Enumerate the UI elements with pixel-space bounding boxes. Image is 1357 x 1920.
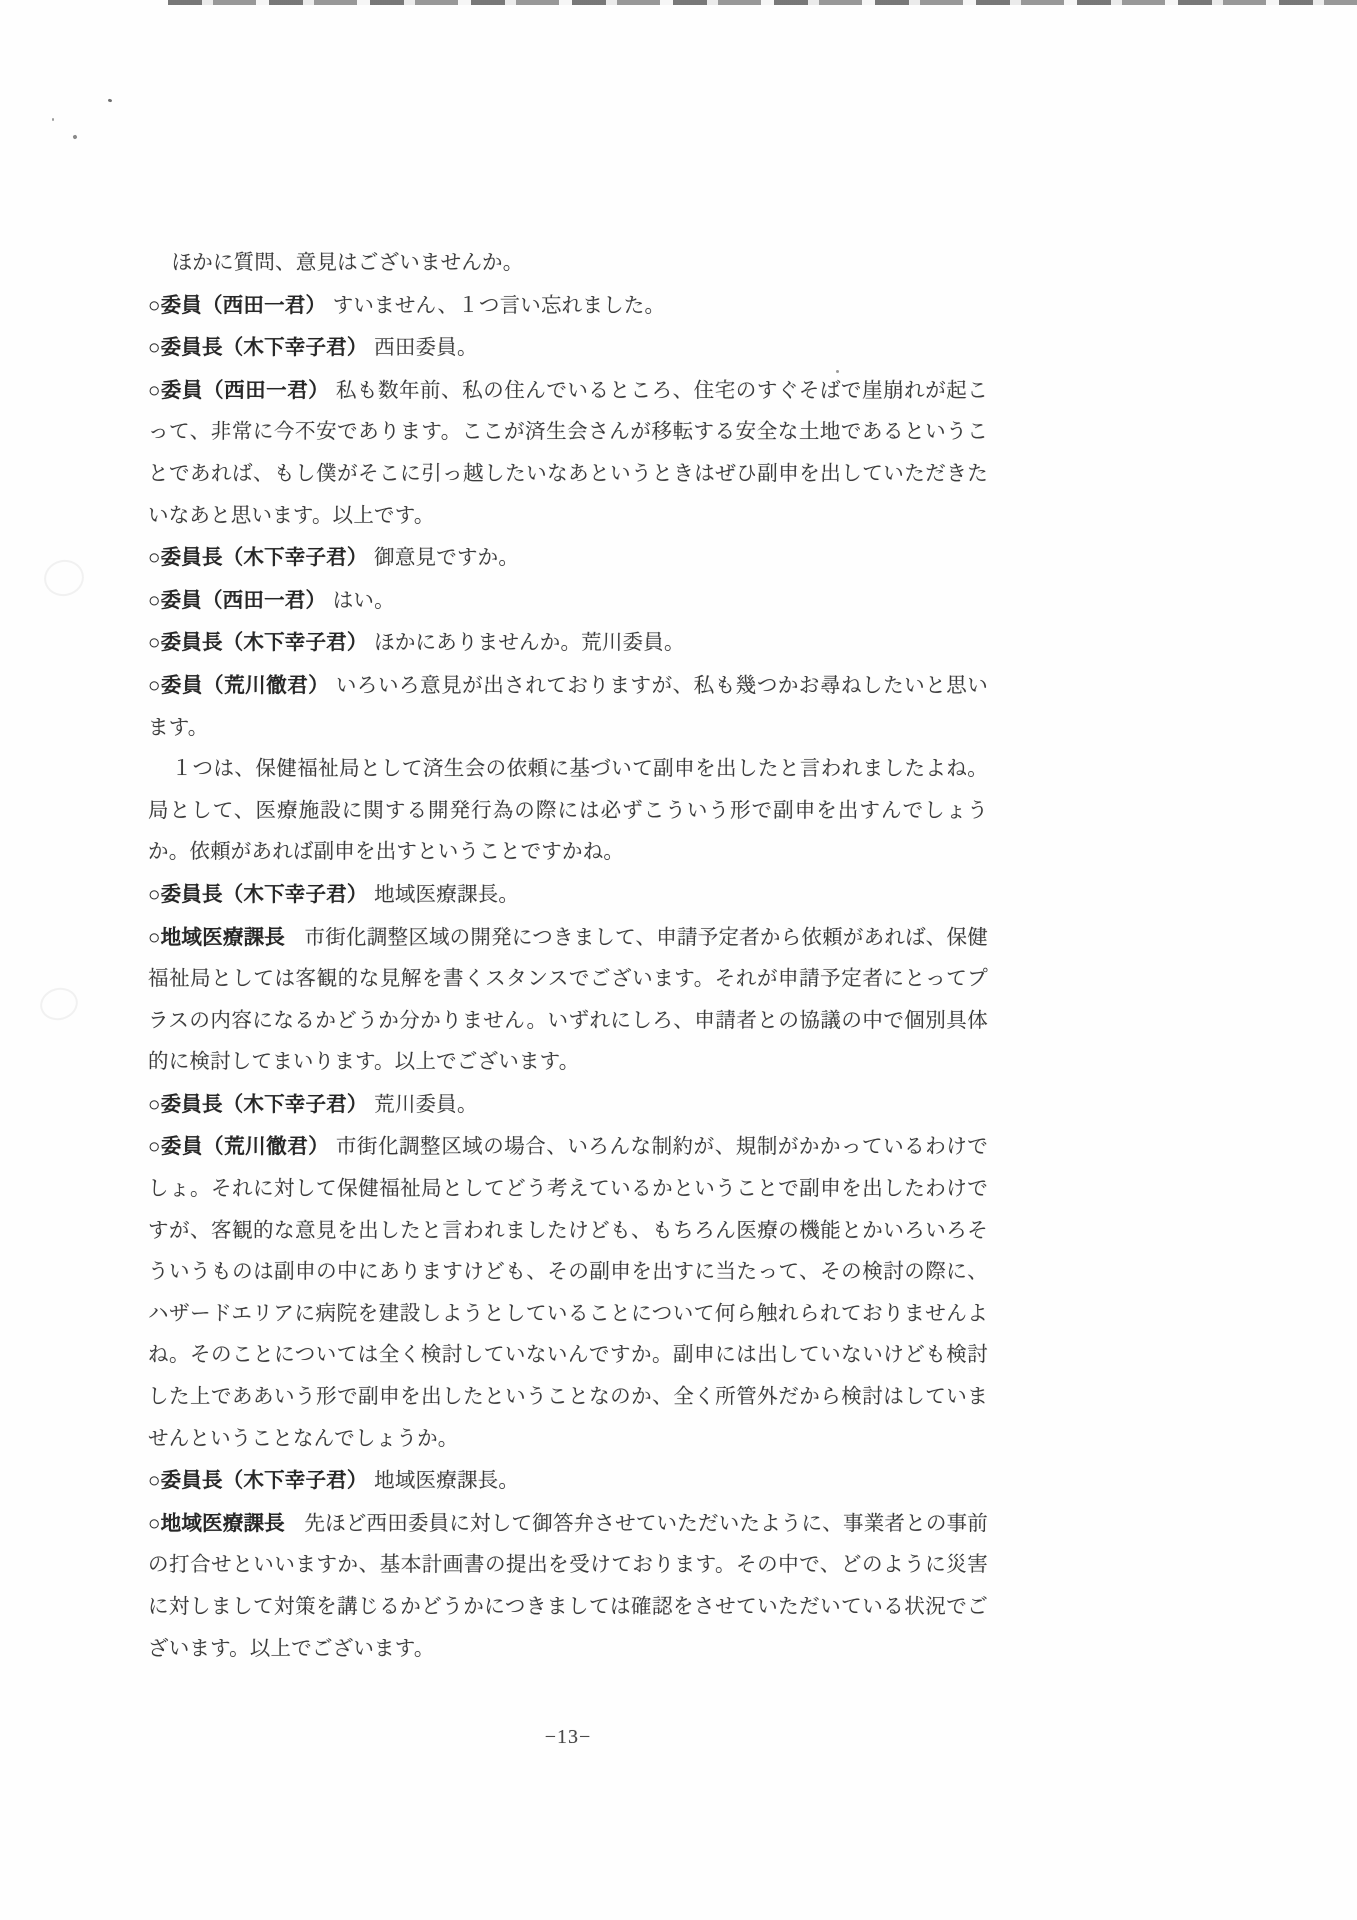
transcript-paragraph: ○委員（荒川徹君）いろいろ意見が出されておりますが、私も幾つかお尋ねしたいと思い… [148, 665, 988, 749]
transcript-paragraph: ○委員長（木下幸子君）地域医療課長。 [148, 874, 988, 917]
transcript-paragraph: ○委員長（木下幸子君）荒川委員。 [148, 1084, 988, 1127]
speaker-label: ○委員（西田一君） [148, 379, 329, 402]
speaker-label: ○地域医療課長 [148, 1512, 285, 1535]
speech-text: すいません、１つ言い忘れました。 [333, 295, 665, 317]
speaker-label: ○地域医療課長 [148, 926, 285, 949]
scan-speck [108, 98, 113, 102]
speaker-label: ○委員長（木下幸子君） [148, 631, 368, 654]
speaker-label: ○委員（西田一君） [148, 294, 326, 317]
speech-text: ほかにありませんか。荒川委員。 [374, 632, 685, 654]
transcript-paragraph: １つは、保健福祉局として済生会の依頼に基づいて副申を出したと言われましたよね。局… [148, 749, 988, 874]
scan-speck [72, 134, 77, 139]
transcript-body: ほかに質問、意見はございませんか。○委員（西田一君）すいません、１つ言い忘れまし… [148, 243, 988, 1670]
scanned-minutes-page: { "document": { "kind": "committee-minut… [0, 0, 1357, 1920]
speech-text: 荒川委員。 [374, 1094, 478, 1116]
paper-sheet: ほかに質問、意見はございませんか。○委員（西田一君）すいません、１つ言い忘れまし… [0, 0, 1357, 1920]
scanner-edge-artifact [168, 0, 1357, 5]
scan-ghost-ring [37, 984, 82, 1025]
speaker-label: ○委員長（木下幸子君） [148, 1469, 368, 1492]
speaker-label: ○委員長（木下幸子君） [148, 546, 368, 569]
transcript-paragraph: ○委員（西田一君）はい。 [148, 580, 988, 623]
transcript-paragraph: ○地域医療課長先ほど西田委員に対して御答弁させていただいたように、事業者との事前… [148, 1503, 988, 1670]
speech-text: はい。 [333, 590, 395, 612]
transcript-paragraph: ○委員（荒川徹君）市街化調整区域の場合、いろんな制約が、規制がかかっているわけで… [148, 1126, 988, 1460]
speaker-label: ○委員（荒川徹君） [148, 1135, 329, 1158]
transcript-paragraph: ○委員長（木下幸子君）西田委員。 [148, 327, 988, 370]
transcript-paragraph: ○委員（西田一君）すいません、１つ言い忘れました。 [148, 285, 988, 328]
page-number: −13− [148, 1726, 988, 1749]
speech-text: 地域医療課長。 [374, 884, 519, 906]
speaker-label: ○委員長（木下幸子君） [148, 883, 368, 906]
transcript-paragraph: ○委員長（木下幸子君）御意見ですか。 [148, 537, 988, 580]
transcript-paragraph: ほかに質問、意見はございませんか。 [148, 243, 988, 285]
transcript-paragraph: ○委員（西田一君）私も数年前、私の住んでいるところ、住宅のすぐそばで崖崩れが起こ… [148, 370, 988, 537]
speech-text: １つは、保健福祉局として済生会の依頼に基づいて副申を出したと言われましたよね。局… [148, 758, 988, 863]
speech-text: 御意見ですか。 [374, 547, 519, 569]
scan-ghost-ring [41, 556, 88, 600]
speech-text: 市街化調整区域の場合、いろんな制約が、規制がかかっているわけでしょ。それに対して… [148, 1136, 988, 1449]
speaker-label: ○委員（西田一君） [148, 589, 326, 612]
speaker-label: ○委員長（木下幸子君） [148, 1093, 368, 1116]
speaker-label: ○委員長（木下幸子君） [148, 336, 368, 359]
speech-text: ほかに質問、意見はございませんか。 [172, 252, 524, 274]
transcript-paragraph: ○地域医療課長市街化調整区域の開発につきまして、申請予定者から依頼があれば、保健… [148, 917, 988, 1084]
transcript-paragraph: ○委員長（木下幸子君）ほかにありませんか。荒川委員。 [148, 622, 988, 665]
speech-text: 西田委員。 [374, 337, 478, 359]
speech-text: 地域医療課長。 [374, 1470, 519, 1492]
scan-speck [52, 118, 54, 121]
transcript-paragraph: ○委員長（木下幸子君）地域医療課長。 [148, 1460, 988, 1503]
speaker-label: ○委員（荒川徹君） [148, 674, 329, 697]
